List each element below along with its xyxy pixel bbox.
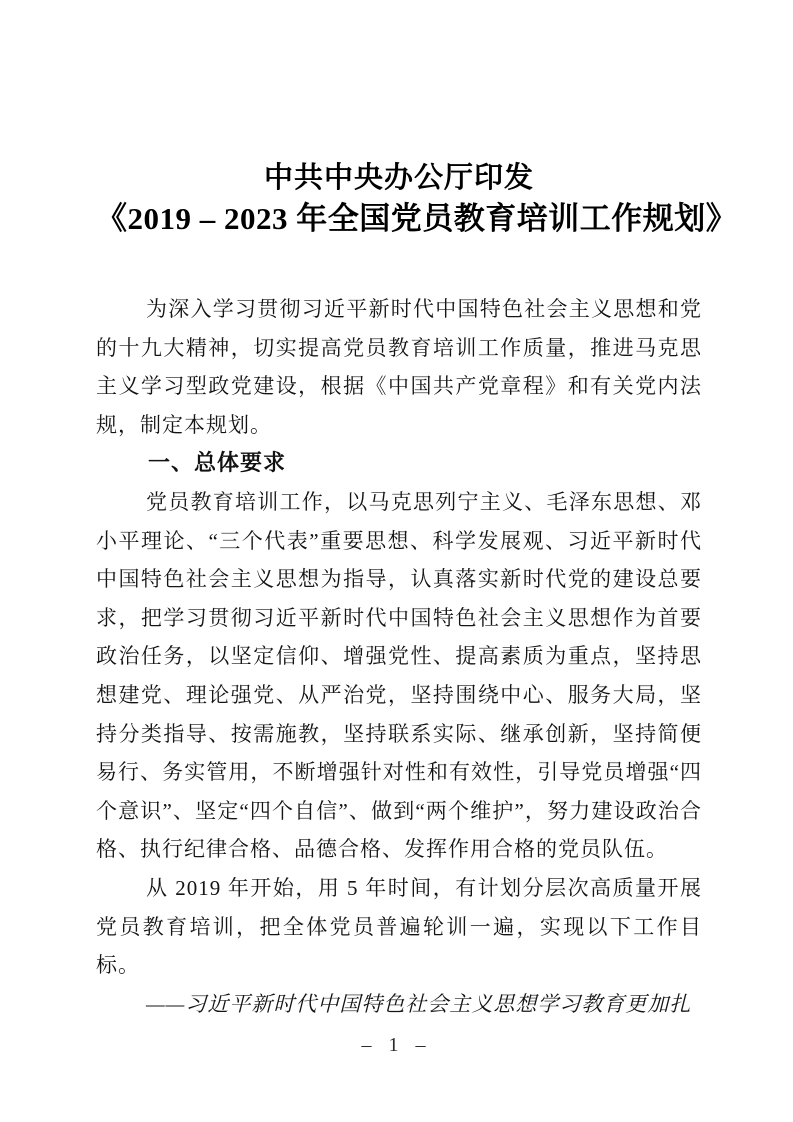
document-title-line1: 中共中央办公厅印发 <box>96 158 702 198</box>
document-body: 为深入学习贯彻习近平新时代中国特色社会主义思想和党的十九大精神，切实提高党员教育… <box>96 290 702 1023</box>
section-heading-overall-requirements: 一、总体要求 <box>96 444 702 483</box>
document-content: 中共中央办公厅印发 《2019 – 2023 年全国党员教育培训工作规划》 为深… <box>96 0 702 1023</box>
document-page: 中共中央办公厅印发 《2019 – 2023 年全国党员教育培训工作规划》 为深… <box>0 0 793 1122</box>
page-number: – 1 – <box>0 1034 793 1057</box>
paragraph-intro: 为深入学习贯彻习近平新时代中国特色社会主义思想和党的十九大精神，切实提高党员教育… <box>96 290 702 444</box>
paragraph-five-year-plan: 从 2019 年开始，用 5 年时间，有计划分层次高质量开展党员教育培训，把全体… <box>96 869 702 985</box>
paragraph-guiding-principles: 党员教育培训工作，以马克思列宁主义、毛泽东思想、邓小平理论、“三个代表”重要思想… <box>96 483 702 869</box>
paragraph-goal-dash-item: ——习近平新时代中国特色社会主义思想学习教育更加扎 <box>96 985 702 1024</box>
document-title: 中共中央办公厅印发 《2019 – 2023 年全国党员教育培训工作规划》 <box>96 158 702 240</box>
document-title-line2: 《2019 – 2023 年全国党员教育培训工作规划》 <box>96 198 702 240</box>
